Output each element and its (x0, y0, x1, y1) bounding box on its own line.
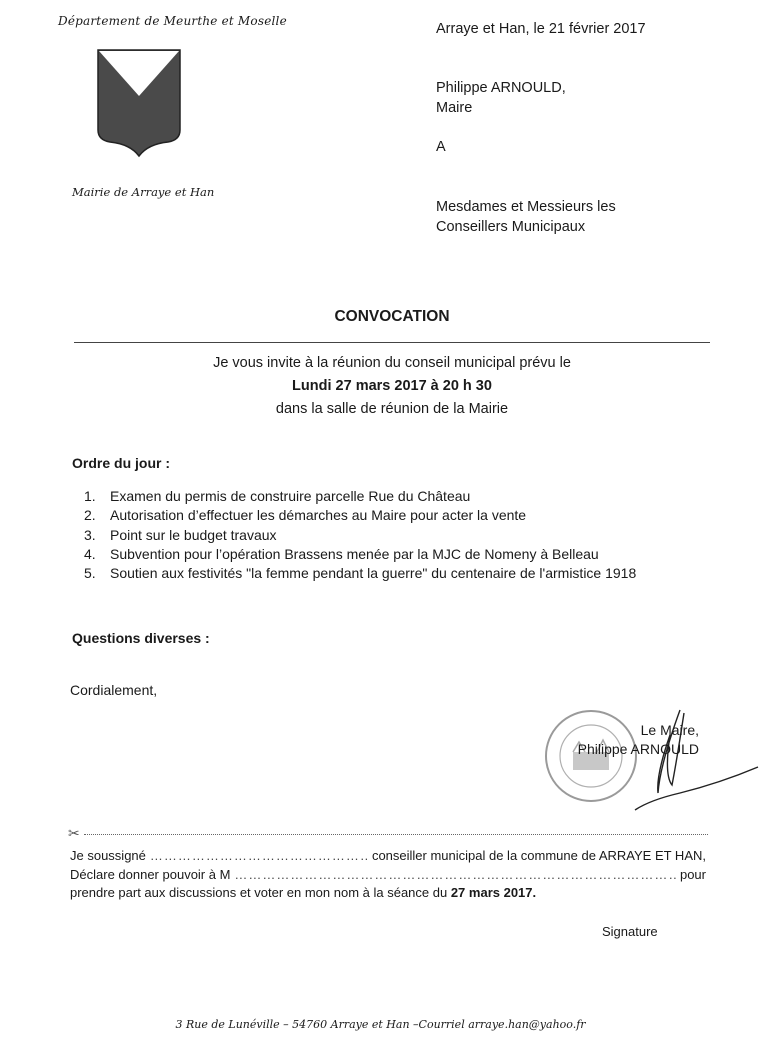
town-hall-name: Mairie de Arraye et Han (72, 185, 214, 199)
sender-title: Maire (436, 98, 566, 118)
name-fill-field[interactable]: …………………………………………………………………………………… (150, 847, 368, 866)
agenda-item: 2.Autorisation d’effectuer les démarches… (84, 506, 636, 525)
invitation-line-1: Je vous invite à la réunion du conseil m… (0, 352, 761, 375)
to-label: A (436, 137, 446, 157)
meeting-datetime: Lundi 27 mars 2017 à 20 h 30 (0, 375, 761, 398)
agenda-item: 1.Examen du permis de construire parcell… (84, 487, 636, 506)
date-line: Arraye et Han, le 21 février 2017 (436, 19, 646, 39)
closing: Cordialement, (70, 682, 157, 698)
footer-address: 3 Rue de Lunéville – 54760 Arraye et Han… (0, 1018, 761, 1031)
questions-heading: Questions diverses : (72, 630, 210, 646)
recipient-block: Mesdames et Messieurs les Conseillers Mu… (436, 197, 616, 237)
cut-line: ✂ (68, 825, 708, 842)
agenda-item: 4.Subvention pour l’opération Brassens m… (84, 545, 636, 564)
proxy-line-2: Déclare donner pouvoir à M …………………………………… (70, 866, 706, 885)
proxy-name-fill-field[interactable]: …………………………………………………………………………………………………………… (234, 866, 676, 885)
sender-name: Philippe ARNOULD, (436, 78, 566, 98)
agenda-item: 3.Point sur le budget travaux (84, 526, 636, 545)
invitation-line-3: dans la salle de réunion de la Mairie (0, 398, 761, 421)
session-date: 27 mars 2017. (451, 885, 536, 900)
agenda-item: 5.Soutien aux festivités "la femme penda… (84, 564, 636, 583)
signer-name: Philippe ARNOULD (555, 740, 699, 759)
sender-block: Philippe ARNOULD, Maire (436, 78, 566, 118)
agenda-heading: Ordre du jour : (72, 455, 170, 471)
scissors-icon: ✂ (68, 825, 80, 842)
invitation: Je vous invite à la réunion du conseil m… (0, 352, 761, 421)
document-title: CONVOCATION (0, 308, 761, 326)
recipient-line-2: Conseillers Municipaux (436, 217, 616, 237)
title-divider (74, 342, 710, 343)
signature-label: Signature (602, 924, 658, 939)
signature-block: Le Maire, Philippe ARNOULD (555, 721, 699, 759)
dotted-cut-line (84, 834, 708, 835)
proxy-line-1: Je soussigné ………………………………………………………………………… (70, 847, 706, 866)
signer-title: Le Maire, (555, 721, 699, 740)
coat-of-arms-shield-icon (96, 48, 182, 158)
proxy-line-3: prendre part aux discussions et voter en… (70, 884, 706, 903)
recipient-line-1: Mesdames et Messieurs les (436, 197, 616, 217)
agenda-list: 1.Examen du permis de construire parcell… (84, 487, 636, 583)
department-name: Département de Meurthe et Moselle (58, 14, 287, 28)
proxy-form: Je soussigné ………………………………………………………………………… (70, 847, 706, 903)
